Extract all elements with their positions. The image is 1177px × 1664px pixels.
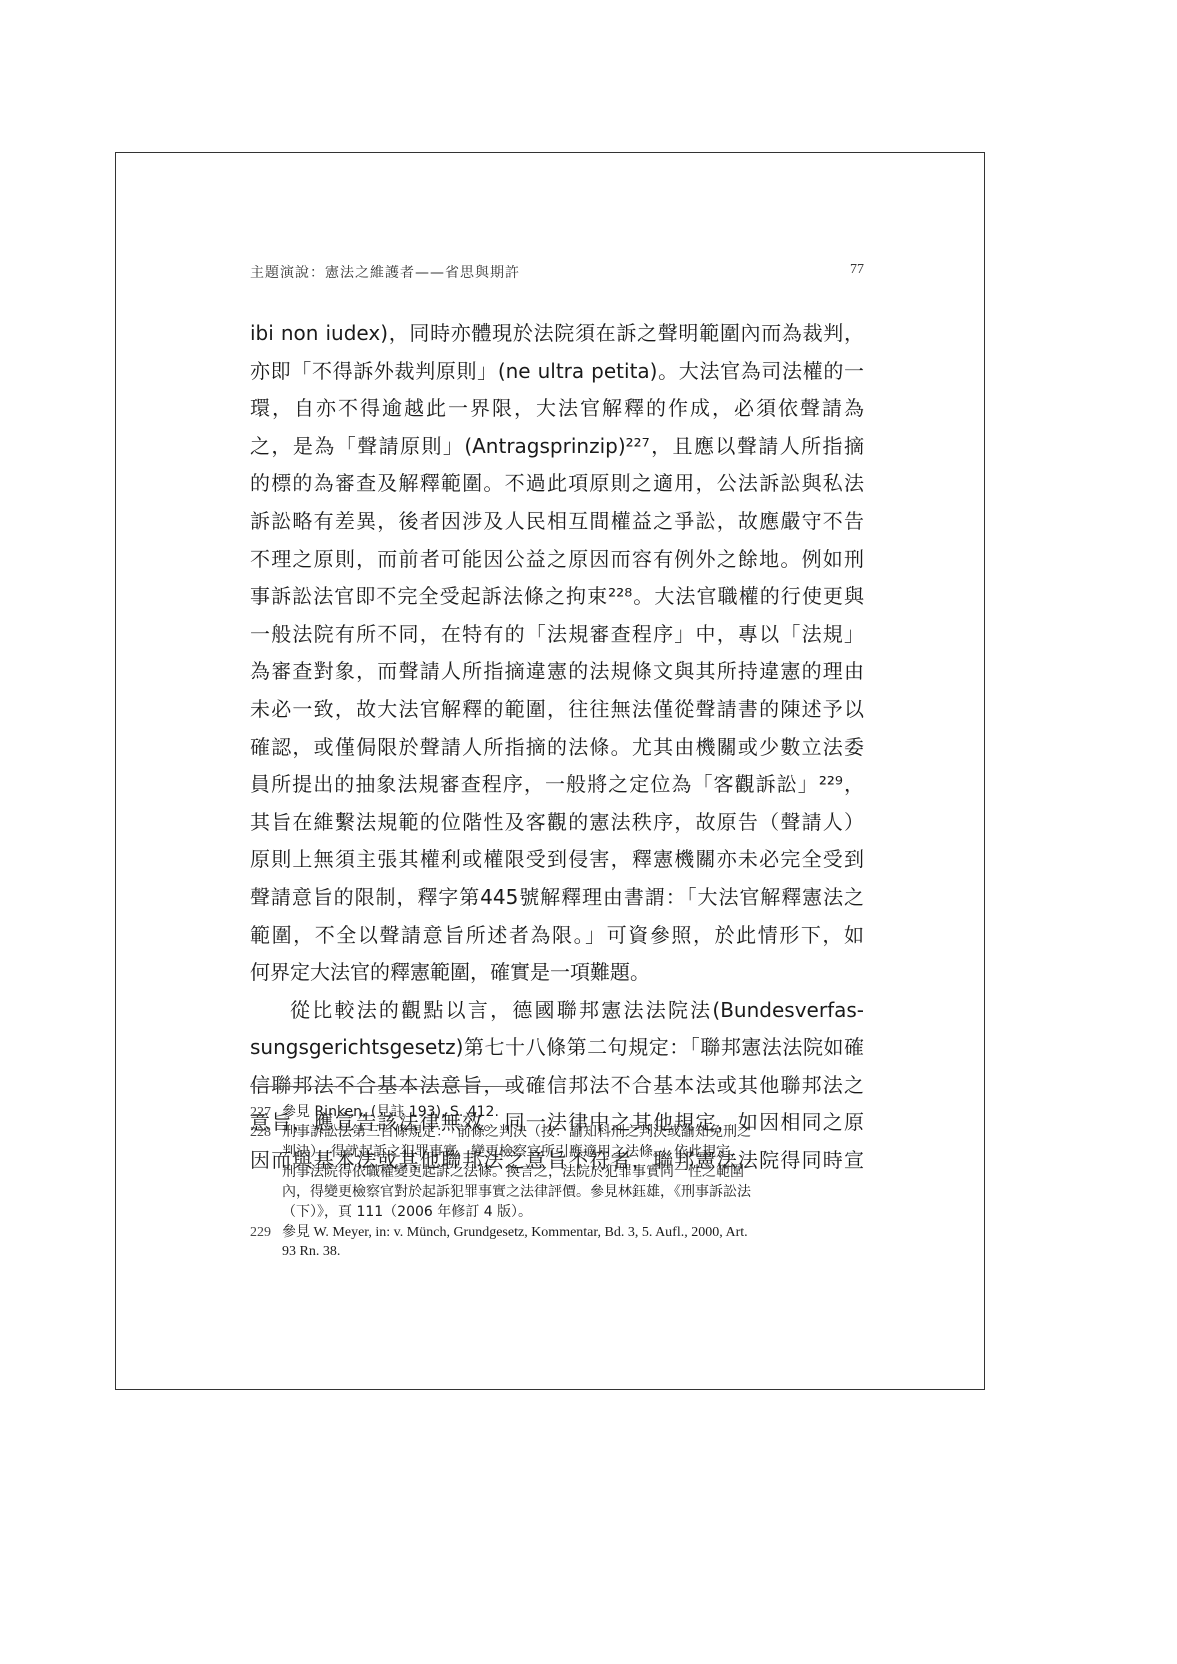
body-line: ibi non iudex)，同時亦體現於法院須在訴之聲明範圍內而為裁判，	[250, 315, 864, 353]
body-line: sungsgerichtsgesetz)第七十八條第二句規定：「聯邦憲法法院如確	[250, 1029, 864, 1067]
footnote-text-cont: 93 Rn. 38.	[250, 1242, 864, 1262]
body-line: 之，是為「聲請原則」(Antragsprinzip)²²⁷，且應以聲請人所指摘	[250, 428, 864, 466]
body-line: 未必一致，故大法官解釋的範圍，往往無法僅從聲請書的陳述予以	[250, 691, 864, 729]
body-line: 確認，或僅侷限於聲請人所指摘的法條。尤其由機關或少數立法委	[250, 729, 864, 767]
body-line: 聲請意旨的限制，釋字第445號解釋理由書謂：「大法官解釋憲法之	[250, 879, 864, 917]
footnote-text: 參見 W. Meyer, in: v. Münch, Grundgesetz, …	[282, 1225, 748, 1240]
footnote-number: 227	[250, 1103, 282, 1122]
body-line: 原則上無須主張其權利或權限受到侵害，釋憲機關亦未必完全受到	[250, 841, 864, 879]
body-line: 訴訟略有差異，後者因涉及人民相互間權益之爭訟，故應嚴守不告	[250, 503, 864, 541]
footnote-text: 參見 Rinken, (見註 193), S. 412.	[282, 1104, 499, 1120]
body-line: 的標的為審查及解釋範圍。不過此項原則之適用，公法訴訟與私法	[250, 465, 864, 503]
footnotes: 227參見 Rinken, (見註 193), S. 412. 228刑事訴訟法…	[250, 1102, 864, 1262]
footnote-227: 227參見 Rinken, (見註 193), S. 412.	[250, 1102, 864, 1122]
footnote-number: 228	[250, 1123, 282, 1142]
footnote-228: 228刑事訴訟法第三百條規定：「前條之判決（按：諭知科刑之判決或諭知免刑之	[250, 1122, 864, 1142]
body-line: 其旨在維繫法規範的位階性及客觀的憲法秩序，故原告（聲請人）	[250, 804, 864, 842]
body-line-paragraph-start: 從比較法的觀點以言，德國聯邦憲法法院法(Bundesverfas-	[250, 992, 864, 1030]
footnote-number: 229	[250, 1223, 282, 1242]
running-head: 主題演說：憲法之維護者——省思與期許 77	[250, 262, 864, 282]
body-text: ibi non iudex)，同時亦體現於法院須在訴之聲明範圍內而為裁判， 亦即…	[250, 315, 864, 1180]
body-line: 亦即「不得訴外裁判原則」(ne ultra petita)。大法官為司法權的一	[250, 353, 864, 391]
body-line: 員所提出的抽象法規審查程序，一般將之定位為「客觀訴訟」²²⁹，	[250, 766, 864, 804]
body-line: 範圍，不全以聲請意旨所述者為限。」可資參照，於此情形下，如	[250, 917, 864, 955]
body-line: 事訴訟法官即不完全受起訴法條之拘束²²⁸。大法官職權的行使更與	[250, 578, 864, 616]
page-number: 77	[850, 262, 864, 278]
footnote-text-cont: 判決），得就起訴之犯罪事實，變更檢察官所引應適用之法條。」依此規定，	[250, 1142, 864, 1162]
body-line: 何界定大法官的釋憲範圍，確實是一項難題。	[250, 954, 864, 992]
body-line: 環，自亦不得逾越此一界限，大法官解釋的作成，必須依聲請為	[250, 390, 864, 428]
body-line: 不理之原則，而前者可能因公益之原因而容有例外之餘地。例如刑	[250, 541, 864, 579]
body-line: 為審查對象，而聲請人所指摘違憲的法規條文與其所持違憲的理由	[250, 653, 864, 691]
footnote-text-cont: 內，得變更檢察官對於起訴犯罪事實之法律評價。參見林鈺雄，《刑事訴訟法	[250, 1182, 864, 1202]
footnote-separator	[250, 1086, 518, 1087]
running-head-title: 主題演說：憲法之維護者——省思與期許	[250, 262, 520, 282]
footnote-229: 229參見 W. Meyer, in: v. Münch, Grundgeset…	[250, 1222, 864, 1242]
body-line: 一般法院有所不同，在特有的「法規審查程序」中，專以「法規」	[250, 616, 864, 654]
footnote-text-cont: （下）》，頁 111（2006 年修訂 4 版）。	[250, 1202, 864, 1222]
footnote-text-cont: 刑事法院得依職權變更起訴之法條。換言之，法院於犯罪事實同一性之範圍	[250, 1162, 864, 1182]
footnote-text: 刑事訴訟法第三百條規定：「前條之判決（按：諭知科刑之判決或諭知免刑之	[282, 1124, 751, 1140]
